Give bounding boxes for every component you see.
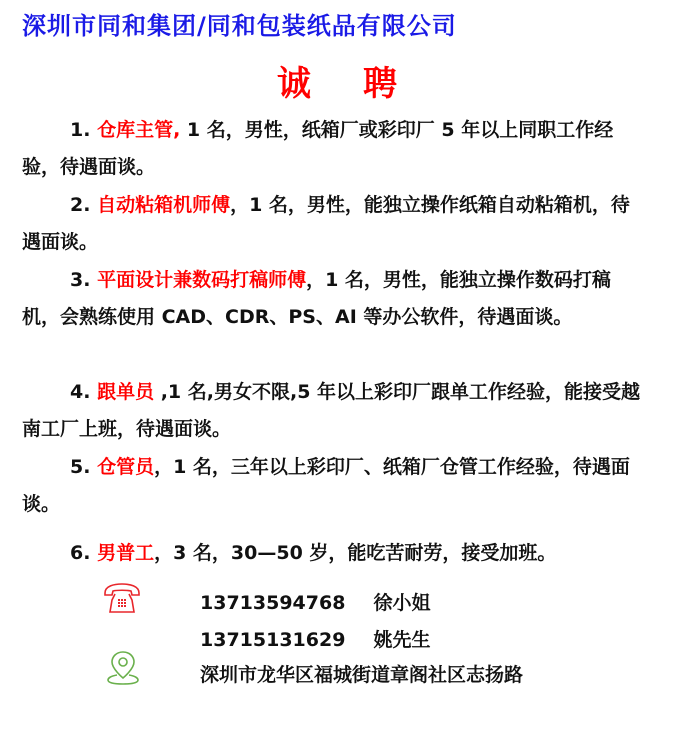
job-number: 2. [70,194,90,216]
telephone-icon [102,582,142,616]
job-role: 仓库主管, [97,119,180,141]
contact-name: 徐小姐 [373,592,430,614]
job-item-6: 6. 男普工，3 名，30—50 岁，能吃苦耐劳，接受加班。 [22,535,642,572]
address: 深圳市龙华区福城街道章阁社区志扬路 [200,660,523,687]
job-item-1: 1. 仓库主管, 1 名，男性，纸箱厂或彩印厂 5 年以上同职工作经验，待遇面谈… [22,112,642,186]
job-number: 4. [70,381,90,403]
contact-name: 姚先生 [373,629,430,651]
job-item-5: 5. 仓管员，1 名，三年以上彩印厂、纸箱厂仓管工作经验，待遇面谈。 [22,449,642,523]
job-role: 男普工 [97,542,154,564]
company-name: 深圳市同和集团/同和包装纸品有限公司 [22,6,662,41]
location-pin-icon [106,650,140,686]
job-role: 跟单员 [97,381,154,403]
phone-number: 13713594768 [200,592,345,614]
contact-row-1: 13713594768徐小姐 [200,588,430,615]
job-item-3: 3. 平面设计兼数码打稿师傅，1 名，男性，能独立操作数码打稿机，会熟练使用 C… [22,262,642,336]
page-title: 诚聘 [0,56,674,105]
contact-row-2: 13715131629姚先生 [200,625,430,652]
job-number: 3. [70,269,90,291]
job-details: ，3 名，30—50 岁，能吃苦耐劳，接受加班。 [154,542,556,564]
phone-number: 13715131629 [200,629,345,651]
job-role: 自动粘箱机师傅 [97,194,230,216]
job-number: 5. [70,456,90,478]
job-item-4: 4. 跟单员 ,1 名,男女不限,5 年以上彩印厂跟单工作经验，能接受越南工厂上… [22,374,642,448]
job-number: 1. [70,119,90,141]
job-role: 仓管员 [97,456,154,478]
job-number: 6. [70,542,90,564]
title-part-2: 聘 [363,64,397,104]
job-item-2: 2. 自动粘箱机师傅，1 名，男性，能独立操作纸箱自动粘箱机，待遇面谈。 [22,187,642,261]
job-role: 平面设计兼数码打稿师傅 [97,269,306,291]
title-part-1: 诚 [277,64,311,104]
